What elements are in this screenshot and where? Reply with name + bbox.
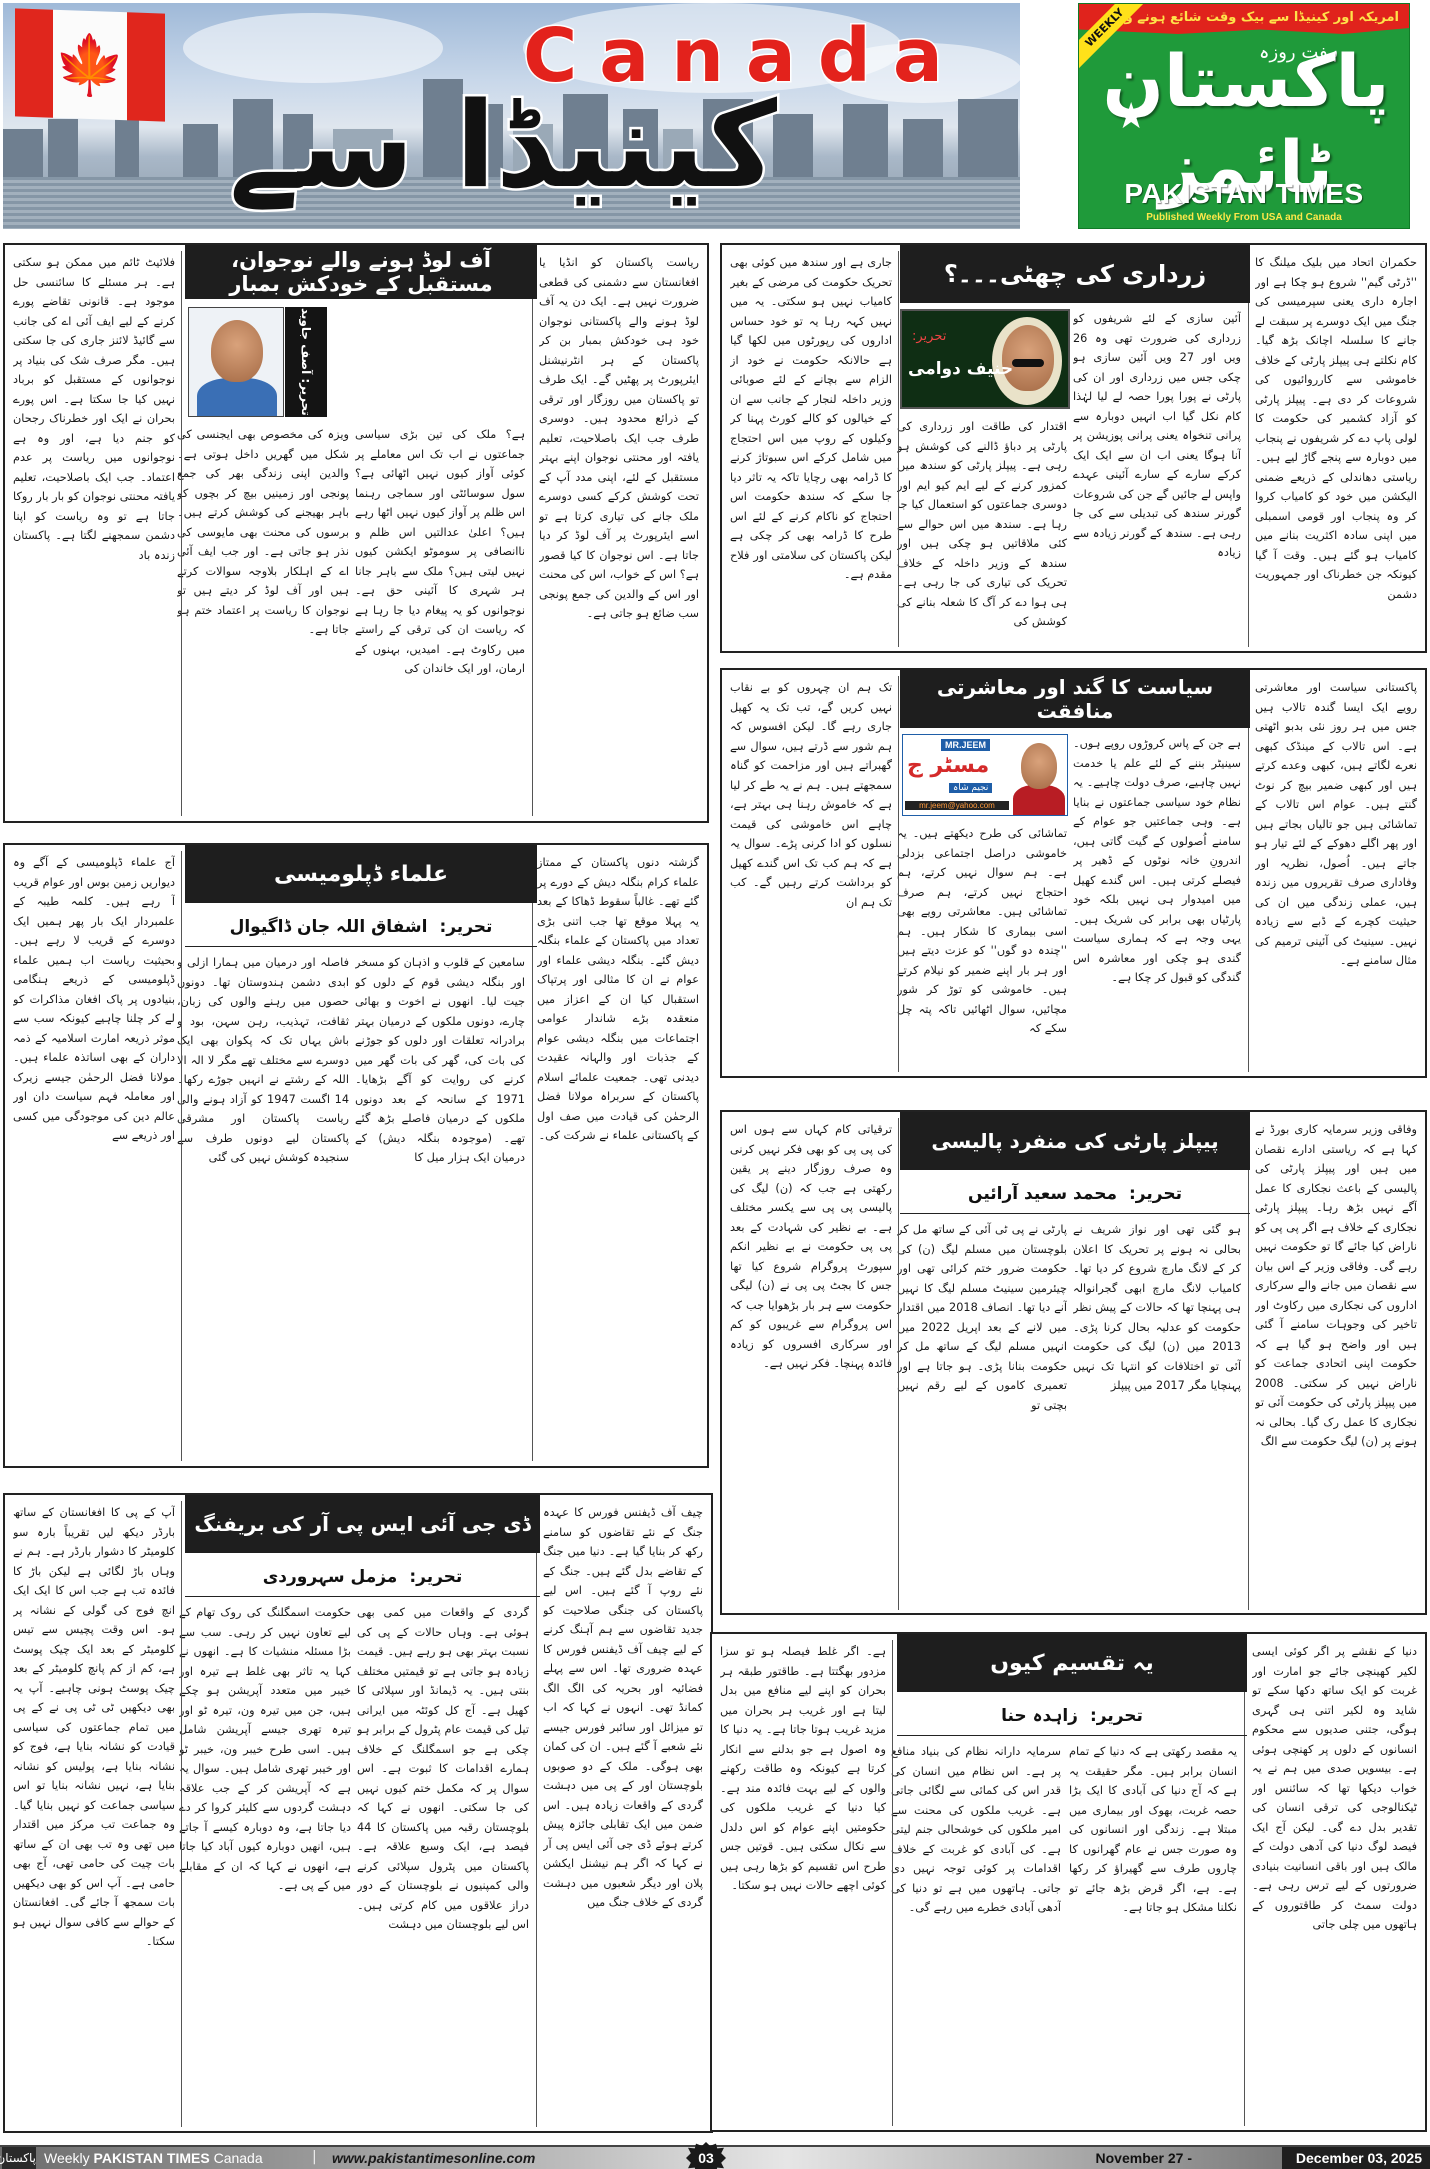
article-column: ہے۔ اگر غلط فیصلہ ہو تو سزا مزدور بھگتتا… xyxy=(720,1642,886,2124)
article-zardari: حکمران اتحاد میں بلیک میلنگ کا ''ڈرٹی گی… xyxy=(720,243,1427,653)
banner-title-urdu: کینیڈا سے xyxy=(123,81,883,211)
star-icon: ★ xyxy=(1115,96,1147,137)
article-title: علماء ڈپلومیسی xyxy=(185,845,537,903)
article-column: تک ہم ان چہروں کو بے نقاب نہیں کریں گے، … xyxy=(730,678,892,1070)
author-byline: تحریر: مزمل سہروردی xyxy=(185,1557,540,1597)
footer-website-link[interactable]: www.pakistantimesonline.com xyxy=(332,2150,535,2166)
author-byline: تحریر: اشفاق اللہ جان ڈاگیوال xyxy=(185,907,537,947)
article-column: سرمایہ دارانہ نظام کی بنیاد منافع پر ہے۔… xyxy=(891,1742,1061,2124)
author-byline: تحریر: محمد سعید آرائیں xyxy=(900,1174,1250,1214)
article-offload-youth: ریاست پاکستان کو انڈیا یا افغانستان سے د… xyxy=(3,243,709,823)
article-column: جاری ہے اور سندھ میں کوئی بھی تحریک حکوم… xyxy=(730,253,892,645)
author-label: تحریر: xyxy=(912,329,946,344)
author-photo xyxy=(188,307,284,417)
author-name: مزمل سہروردی xyxy=(263,1566,398,1587)
article-column: ترقیاتی کام کہاں سے ہوں اس کی پی پی کو ب… xyxy=(730,1120,892,1608)
article-ppp-policy: وفاقی وزیر سرمایہ کاری بورڈ نے کہا ہے کہ… xyxy=(720,1110,1427,1615)
article-column: سامعین کے قلوب و اذہان کو مسخر اور بنگلہ… xyxy=(355,953,525,1458)
author-name: اشفاق اللہ جان ڈاگیوال xyxy=(230,916,428,937)
article-title: یہ تقسیم کیوں xyxy=(897,1634,1247,1692)
article-column: تماشائی کی طرح دیکھتے ہیں۔ یہ خاموشی درا… xyxy=(897,824,1067,1070)
author-label: تحریر: xyxy=(1129,1184,1182,1204)
mr-jeem-logo-urdu: مسٹر ج xyxy=(907,753,989,778)
footer-date-end: December 03, 2025 xyxy=(1282,2147,1430,2169)
article-taqseem: دنیا کے نقشے پر اگر کوئی ایسی لکیر کھینچ… xyxy=(710,1632,1427,2132)
article-column: ہے جن کے پاس کروڑوں روپے ہوں۔ سینیٹر بنن… xyxy=(1073,734,1241,1070)
pakistan-times-logo[interactable]: امریکہ اور کینیڈا سے بیک وقت شائع ہونے و… xyxy=(1078,3,1410,229)
masthead: 🍁 Canada کینیڈا سے امریکہ اور کینیڈا سے … xyxy=(0,0,1430,232)
article-column: آئین سازی کے لئے شریفوں کو زرداری کی ضرو… xyxy=(1073,309,1241,645)
author-name: حنیف دوامی xyxy=(908,359,1013,379)
article-column: ہے؟ ملک کی تین بڑی سیاسی جماعتوں نے اب ت… xyxy=(355,307,525,812)
logo-published-line: Published Weekly From USA and Canada xyxy=(1079,212,1409,223)
article-dg-ispr-briefing: چیف آف ڈیفنس فورس کا عہدہ جنگ کے نئے تقا… xyxy=(3,1493,713,2133)
footer-weekly-suffix: Canada xyxy=(210,2150,263,2166)
article-column: اقتدار کی طاقت اور زرداری کی پارٹی پر دب… xyxy=(897,417,1067,645)
article-title: پیپلز پارٹی کی منفرد پالیسی xyxy=(900,1112,1250,1170)
footer-logo: پاکستان xyxy=(2,2147,36,2169)
article-column: ریاست پاکستان کو انڈیا یا افغانستان سے د… xyxy=(539,253,699,813)
author-name: محمد سعید آرائیں xyxy=(968,1184,1117,1204)
article-column: یہ مقصد رکھتی ہے کہ دنیا کے تمام انسان ب… xyxy=(1069,1742,1237,2124)
author-byline: تحریر: آصف جاوید xyxy=(285,307,327,417)
article-column: حکومت اسمگلنگ کی روک تھام کے لیے تعاون ن… xyxy=(179,1603,351,2125)
article-column: گزشتہ دنوں پاکستان کے ممتاز علماء کرام ب… xyxy=(537,853,699,1458)
footer-separator: | xyxy=(312,2149,317,2165)
article-column: چیف آف ڈیفنس فورس کا عہدہ جنگ کے نئے تقا… xyxy=(543,1503,703,2125)
logo-title-english: PAKISTAN TIMES xyxy=(1079,178,1409,210)
article-column: آپ کے پی کا افغانستان کے ساتھ بارڈر دیکھ… xyxy=(13,1503,175,2125)
author-name: نجیم شاہ xyxy=(949,783,992,793)
page-number-badge: 03 xyxy=(686,2142,726,2169)
footer-date-start: November 27 - xyxy=(1096,2147,1192,2169)
article-title: آف لوڈ ہونے والے نوجوان، مستقبل کے خودکش… xyxy=(185,245,537,299)
article-column: وفاقی وزیر سرمایہ کاری بورڈ نے کہا ہے کہ… xyxy=(1255,1120,1417,1608)
article-title: ڈی جی آئی ایس پی آر کی بریفنگ xyxy=(185,1495,540,1553)
article-ulema-diplomacy: گزشتہ دنوں پاکستان کے ممتاز علماء کرام ب… xyxy=(3,843,709,1468)
article-title: زرداری کی چھٹی۔۔۔؟ xyxy=(900,245,1250,303)
author-email[interactable]: mr.jeem@yahoo.com xyxy=(905,801,1009,810)
article-column: آج علماء ڈپلومیسی کے آگے وہ دیواریں زمین… xyxy=(13,853,175,1458)
author-label: تحریر: xyxy=(439,917,492,937)
article-politics-filth: پاکستانی سیاست اور معاشرتی رویے ایک ایسا… xyxy=(720,668,1427,1078)
mr-jeem-badge: MR.JEEM xyxy=(941,739,990,751)
footer-weekly-brand: PAKISTAN TIMES xyxy=(94,2150,210,2166)
article-title: سیاست کا گند اور معاشرتی منافقت xyxy=(900,670,1250,728)
article-column: دنیا کے نقشے پر اگر کوئی ایسی لکیر کھینچ… xyxy=(1252,1642,1417,2124)
article-column: حکمران اتحاد میں بلیک میلنگ کا ''ڈرٹی گی… xyxy=(1255,253,1417,645)
article-column: ویزہ کی مخصوص بھی ایجنسی کی شکل میں گھری… xyxy=(177,425,349,813)
author-byline: تحریر: زاہدہ حنا xyxy=(897,1696,1247,1736)
article-column: پاکستانی سیاست اور معاشرتی رویے ایک ایسا… xyxy=(1255,678,1417,1070)
article-column: گردی کے واقعات میں کمی بھی ہوئی ہے۔ وہاں… xyxy=(357,1603,529,2125)
author-photo: تحریر: حنیف دوامی xyxy=(900,309,1070,409)
article-column: فاصلہ اور درمیان میں ہمارا ازلی و ابدی د… xyxy=(177,953,349,1458)
author-label: تحریر: xyxy=(1090,1706,1143,1726)
article-column: ہو گئی تھی اور نواز شریف نے بحالی نہ ہون… xyxy=(1073,1220,1241,1608)
page-footer: پاکستان Weekly PAKISTAN TIMES Canada | w… xyxy=(0,2145,1430,2169)
article-column: فلائیٹ ٹائم میں ممکن ہو سکتی ہے۔ ہر مسئل… xyxy=(13,253,175,813)
mr-jeem-author-card: MR.JEEM مسٹر ج نجیم شاہ mr.jeem@yahoo.co… xyxy=(902,734,1068,816)
maple-leaf-icon: 🍁 xyxy=(54,35,126,96)
canada-banner: 🍁 Canada کینیڈا سے xyxy=(3,3,1020,229)
article-column: پارٹی نے پی ٹی آئی کے ساتھ مل کر بلوچستا… xyxy=(897,1220,1067,1608)
footer-weekly-prefix: Weekly xyxy=(44,2150,94,2166)
footer-publication-name: Weekly PAKISTAN TIMES Canada xyxy=(44,2150,263,2166)
author-label: تحریر: xyxy=(409,1567,462,1587)
author-name: زاہدہ حنا xyxy=(1001,1705,1078,1726)
